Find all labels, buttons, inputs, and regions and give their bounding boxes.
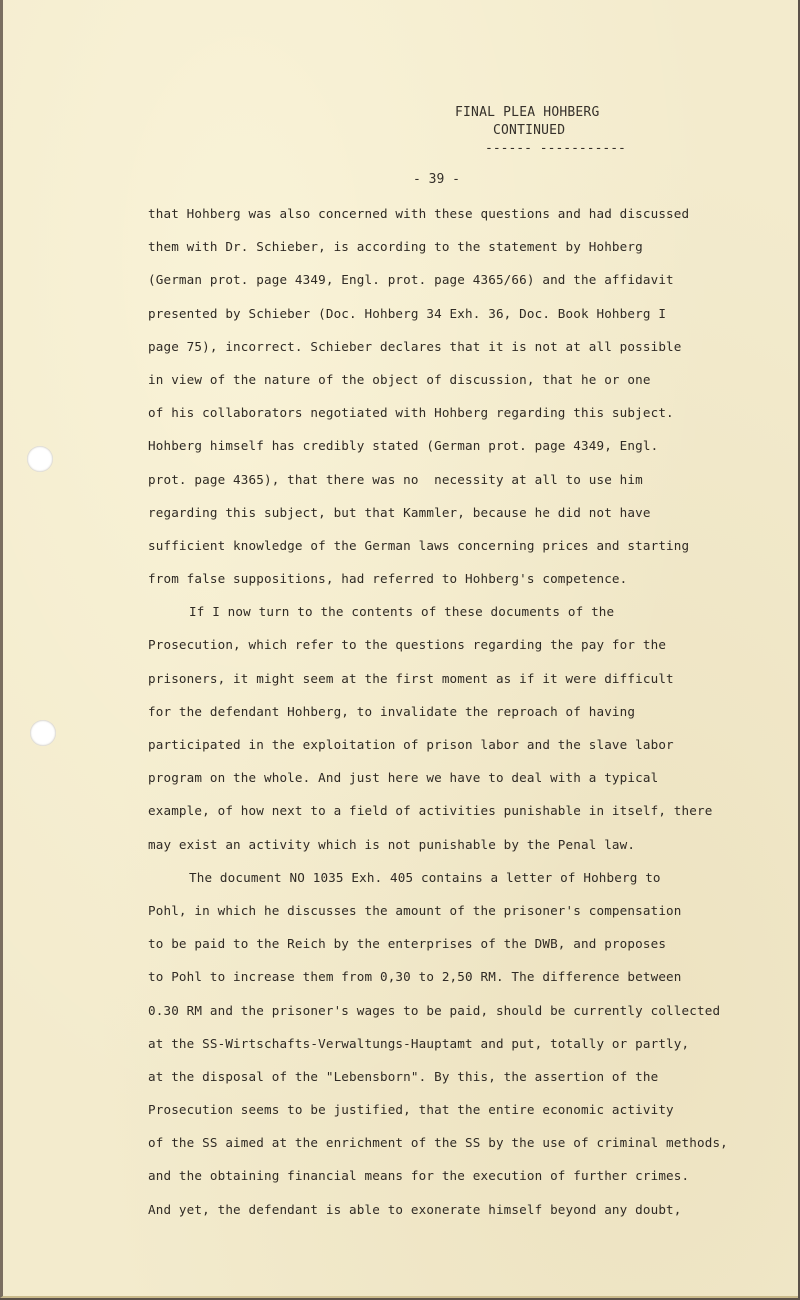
text-line: sufficient knowledge of the German laws … bbox=[148, 535, 798, 568]
text-line: Prosecution, which refer to the question… bbox=[148, 634, 798, 667]
running-header: FINAL PLEA HOHBERG CONTINUED ------ ----… bbox=[455, 104, 626, 158]
text-line: in view of the nature of the object of d… bbox=[148, 369, 798, 402]
text-line: to be paid to the Reich by the enterpris… bbox=[148, 933, 798, 966]
text-line: regarding this subject, but that Kammler… bbox=[148, 502, 798, 535]
text-line: that Hohberg was also concerned with the… bbox=[148, 203, 798, 236]
page-number: - 39 - bbox=[413, 172, 460, 187]
text-line: Hohberg himself has credibly stated (Ger… bbox=[148, 435, 798, 468]
text-line: page 75), incorrect. Schieber declares t… bbox=[148, 336, 798, 369]
text-line: prot. page 4365), that there was no nece… bbox=[148, 469, 798, 502]
punch-hole bbox=[30, 720, 56, 746]
header-title: FINAL PLEA HOHBERG bbox=[455, 104, 626, 122]
document-page: FINAL PLEA HOHBERG CONTINUED ------ ----… bbox=[0, 0, 798, 1298]
text-line: The document NO 1035 Exh. 405 contains a… bbox=[148, 867, 798, 900]
text-line: participated in the exploitation of pris… bbox=[148, 734, 798, 767]
text-line: of his collaborators negotiated with Hoh… bbox=[148, 402, 798, 435]
text-line: If I now turn to the contents of these d… bbox=[148, 601, 798, 634]
text-line: for the defendant Hohberg, to invalidate… bbox=[148, 701, 798, 734]
text-line: Prosecution seems to be justified, that … bbox=[148, 1099, 798, 1132]
text-line: example, of how next to a field of activ… bbox=[148, 800, 798, 833]
text-line: from false suppositions, had referred to… bbox=[148, 568, 798, 601]
header-underline: ------ ----------- bbox=[455, 140, 626, 158]
text-line: And yet, the defendant is able to exoner… bbox=[148, 1199, 798, 1232]
text-line: prisoners, it might seem at the first mo… bbox=[148, 668, 798, 701]
text-line: (German prot. page 4349, Engl. prot. pag… bbox=[148, 269, 798, 302]
text-line: may exist an activity which is not punis… bbox=[148, 834, 798, 867]
text-line: program on the whole. And just here we h… bbox=[148, 767, 798, 800]
text-line: Pohl, in which he discusses the amount o… bbox=[148, 900, 798, 933]
text-line: presented by Schieber (Doc. Hohberg 34 E… bbox=[148, 303, 798, 336]
text-line: to Pohl to increase them from 0,30 to 2,… bbox=[148, 966, 798, 999]
punch-hole bbox=[27, 446, 53, 472]
text-line: them with Dr. Schieber, is according to … bbox=[148, 236, 798, 269]
header-subtitle: CONTINUED bbox=[455, 122, 626, 140]
text-line: and the obtaining financial means for th… bbox=[148, 1165, 798, 1198]
text-line: at the SS-Wirtschafts-Verwaltungs-Haupta… bbox=[148, 1033, 798, 1066]
text-line: 0.30 RM and the prisoner's wages to be p… bbox=[148, 1000, 798, 1033]
text-line: of the SS aimed at the enrichment of the… bbox=[148, 1132, 798, 1165]
text-line: at the disposal of the "Lebensborn". By … bbox=[148, 1066, 798, 1099]
body-text: that Hohberg was also concerned with the… bbox=[148, 203, 798, 1232]
